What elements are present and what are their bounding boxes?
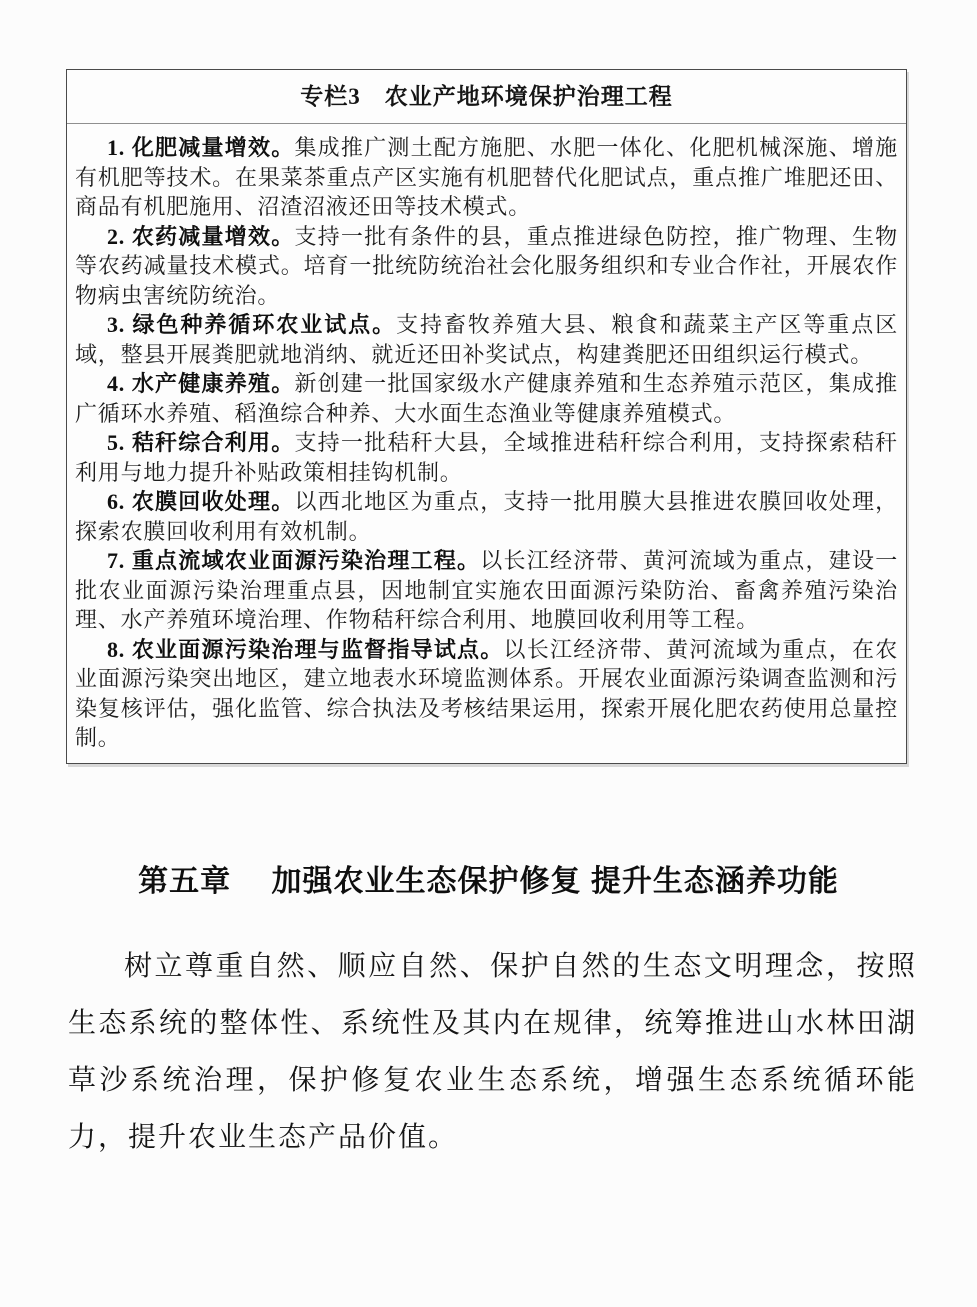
box-item-lead: 8. 农业面源污染治理与监督指导试点。 [107,637,504,662]
box-body: 1. 化肥减量增效。集成推广测土配方施肥、水肥一体化、化肥机械深施、增施有机肥等… [67,124,906,763]
box-item-lead: 5. 秸秆综合利用。 [107,430,294,455]
box-item-lead: 4. 水产健康养殖。 [107,371,294,396]
box-item: 2. 农药减量增效。支持一批有条件的县，重点推进绿色防控，推广物理、生物等农药减… [75,222,898,311]
column-box: 专栏3 农业产地环境保护治理工程 1. 化肥减量增效。集成推广测土配方施肥、水肥… [66,69,907,764]
box-item: 3. 绿色种养循环农业试点。支持畜牧养殖大县、粮食和蔬菜主产区等重点区域，整县开… [75,310,898,369]
box-item: 4. 水产健康养殖。新创建一批国家级水产健康养殖和生态养殖示范区，集成推广循环水… [75,369,898,428]
box-item: 5. 秸秆综合利用。支持一批秸秆大县，全域推进秸秆综合利用，支持探索秸秆利用与地… [75,428,898,487]
chapter-intro-paragraph: 树立尊重自然、顺应自然、保护自然的生态文明理念，按照生态系统的整体性、系统性及其… [68,938,917,1166]
box-item-lead: 7. 重点流域农业面源污染治理工程。 [107,548,480,573]
box-item: 1. 化肥减量增效。集成推广测土配方施肥、水肥一体化、化肥机械深施、增施有机肥等… [75,133,898,222]
box-title: 专栏3 农业产地环境保护治理工程 [67,70,906,124]
box-item-lead: 2. 农药减量增效。 [107,224,294,249]
box-item: 7. 重点流域农业面源污染治理工程。以长江经济带、黄河流域为重点，建设一批农业面… [75,546,898,635]
chapter-heading: 第五章 加强农业生态保护修复 提升生态涵养功能 [0,856,977,900]
box-item-lead: 3. 绿色种养循环农业试点。 [107,312,396,337]
box-item: 6. 农膜回收处理。以西北地区为重点，支持一批用膜大县推进农膜回收处理，探索农膜… [75,487,898,546]
box-item-lead: 1. 化肥减量增效。 [107,135,294,160]
box-item: 8. 农业面源污染治理与监督指导试点。以长江经济带、黄河流域为重点，在农业面源污… [75,635,898,753]
box-item-lead: 6. 农膜回收处理。 [107,489,294,514]
